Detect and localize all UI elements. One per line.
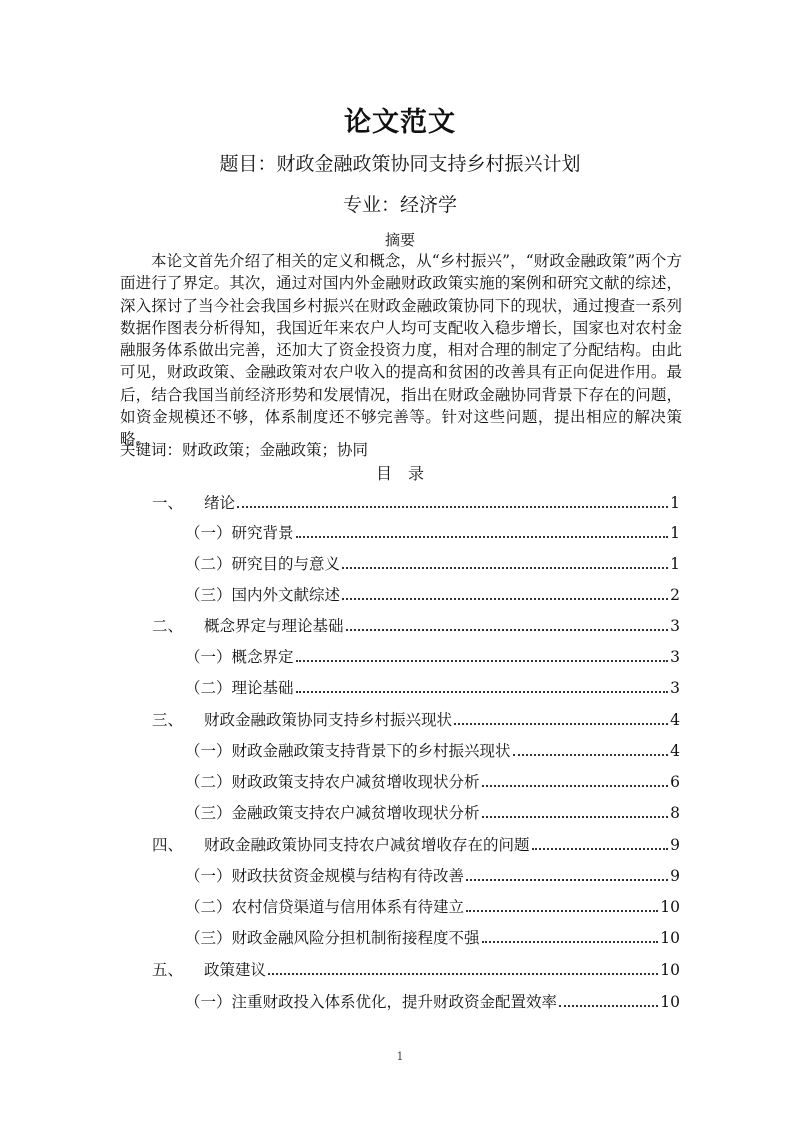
toc-entry-label: 政策建议 <box>204 958 266 980</box>
toc-entry-page: 9 <box>670 867 680 885</box>
toc-entry-number: （一） <box>185 990 232 1012</box>
toc-entry[interactable]: （一）概念界定3 <box>185 645 680 667</box>
toc-entry-page: 4 <box>670 711 680 729</box>
toc-entry-number: （三） <box>185 583 232 605</box>
toc-entry[interactable]: 四、财政金融政策协同支持农户减贫增收存在的问题9 <box>152 833 680 855</box>
toc-entry-number: （三） <box>185 801 232 823</box>
toc-entry-number: （二） <box>185 676 232 698</box>
toc-entry[interactable]: （三）国内外文献综述2 <box>185 583 680 605</box>
toc-leader-dots <box>346 628 669 631</box>
toc-leader-dots <box>454 722 668 725</box>
document-page: 论文范文 题目：财政金融政策协同支持乡村振兴计划 专业：经济学 摘要 本论文首先… <box>0 0 800 1131</box>
toc-entry-label: 研究背景 <box>232 521 294 543</box>
toc-heading: 目 录 <box>0 461 800 484</box>
toc-entry-label: 财政金融政策协同支持乡村振兴现状 <box>204 708 452 730</box>
keywords-line: 关键词：财政政策；金融政策；协同 <box>120 438 368 460</box>
toc-entry-number: （一） <box>185 645 232 667</box>
toc-entry[interactable]: （二）理论基础3 <box>185 676 680 698</box>
toc-entry-page: 3 <box>670 648 680 666</box>
toc-entry-page: 10 <box>660 929 680 947</box>
toc-leader-dots <box>296 659 669 662</box>
toc-entry-number: 四、 <box>152 833 204 855</box>
toc-entry-label: 注重财政投入体系优化，提升财政资金配置效率 <box>232 990 558 1012</box>
toc-entry-page: 3 <box>670 679 680 697</box>
toc-entry-page: 4 <box>670 742 680 760</box>
toc-leader-dots <box>482 815 669 818</box>
toc-entry-label: 财政金融风险分担机制衔接程度不强 <box>232 926 480 948</box>
toc-entry[interactable]: （二）农村信贷渠道与信用体系有待建立10 <box>185 895 680 917</box>
toc-entry-number: 五、 <box>152 958 204 980</box>
toc-entry[interactable]: （二）财政政策支持农户减贫增收现状分析6 <box>185 770 680 792</box>
toc-entry-label: 财政政策支持农户减贫增收现状分析 <box>232 770 480 792</box>
toc-entry[interactable]: （三）金融政策支持农户减贫增收现状分析8 <box>185 801 680 823</box>
thesis-subtitle: 题目：财政金融政策协同支持乡村振兴计划 <box>0 149 800 176</box>
toc-entry[interactable]: 二、概念界定与理论基础3 <box>152 614 680 636</box>
toc-entry-number: （二） <box>185 552 232 574</box>
toc-entry-page: 8 <box>670 804 680 822</box>
toc-entry-label: 研究目的与意义 <box>232 552 341 574</box>
toc-leader-dots <box>532 847 669 850</box>
major-line: 专业：经济学 <box>0 190 800 217</box>
toc-entry-label: 国内外文献综述 <box>232 583 341 605</box>
toc-leader-dots <box>559 1004 658 1007</box>
page-number: 1 <box>0 1050 800 1063</box>
toc-entry-number: （一） <box>185 739 232 761</box>
document-title: 论文范文 <box>0 100 800 139</box>
toc-leader-dots <box>237 505 668 508</box>
toc-entry-label: 概念界定与理论基础 <box>204 614 344 636</box>
toc-entry[interactable]: 三、财政金融政策协同支持乡村振兴现状4 <box>152 708 680 730</box>
toc-leader-dots <box>482 784 669 787</box>
toc-entry-label: 理论基础 <box>232 676 294 698</box>
toc-entry[interactable]: （三）财政金融风险分担机制衔接程度不强10 <box>185 926 680 948</box>
toc-entry-page: 1 <box>670 524 680 542</box>
toc-leader-dots <box>342 597 668 600</box>
toc-entry[interactable]: 一、绪论1 <box>152 491 680 513</box>
toc-entry-page: 6 <box>670 773 680 791</box>
toc-entry-page: 10 <box>660 898 680 916</box>
toc-entry[interactable]: 五、政策建议10 <box>152 958 680 980</box>
toc-entry-number: 三、 <box>152 708 204 730</box>
toc-entry-number: （二） <box>185 770 232 792</box>
toc-leader-dots <box>466 878 668 881</box>
toc-entry-number: （一） <box>185 521 232 543</box>
toc-entry-label: 概念界定 <box>232 645 294 667</box>
toc-leader-dots <box>466 909 658 912</box>
toc-leader-dots <box>296 535 669 538</box>
toc-entry-label: 绪论 <box>204 491 235 513</box>
abstract-paragraph: 本论文首先介绍了相关的定义和概念，从“乡村振兴”，“财政金融政策”两个方面进行了… <box>120 250 682 451</box>
toc-entry-page: 9 <box>670 836 680 854</box>
toc-entry-number: 一、 <box>152 491 204 513</box>
abstract-heading: 摘要 <box>0 229 800 250</box>
toc-entry-page: 1 <box>670 494 680 512</box>
toc-entry[interactable]: （一）财政金融政策支持背景下的乡村振兴现状4 <box>185 739 680 761</box>
toc-entry[interactable]: （一）财政扶贫资金规模与结构有待改善9 <box>185 864 680 886</box>
toc-entry-label: 农村信贷渠道与信用体系有待建立 <box>232 895 465 917</box>
toc-entry[interactable]: （一）注重财政投入体系优化，提升财政资金配置效率10 <box>185 990 680 1012</box>
toc-entry-label: 金融政策支持农户减贫增收现状分析 <box>232 801 480 823</box>
toc-entry-number: （三） <box>185 926 232 948</box>
toc-leader-dots <box>342 566 668 569</box>
toc-entry-label: 财政金融政策协同支持农户减贫增收存在的问题 <box>204 833 530 855</box>
toc-entry-number: 二、 <box>152 614 204 636</box>
toc-leader-dots <box>296 690 669 693</box>
toc-entry-page: 10 <box>660 993 680 1011</box>
toc-entry-label: 财政金融政策支持背景下的乡村振兴现状 <box>232 739 511 761</box>
toc-entry[interactable]: （二）研究目的与意义1 <box>185 552 680 574</box>
toc-entry-page: 1 <box>670 555 680 573</box>
toc-entry-page: 2 <box>670 586 680 604</box>
toc-leader-dots <box>513 753 669 756</box>
toc-entry[interactable]: （一）研究背景1 <box>185 521 680 543</box>
toc-leader-dots <box>268 972 658 975</box>
toc-entry-label: 财政扶贫资金规模与结构有待改善 <box>232 864 465 886</box>
toc-entry-number: （二） <box>185 895 232 917</box>
toc-leader-dots <box>482 940 659 943</box>
toc-entry-page: 10 <box>660 961 680 979</box>
toc-entry-number: （一） <box>185 864 232 886</box>
toc-entry-page: 3 <box>670 617 680 635</box>
